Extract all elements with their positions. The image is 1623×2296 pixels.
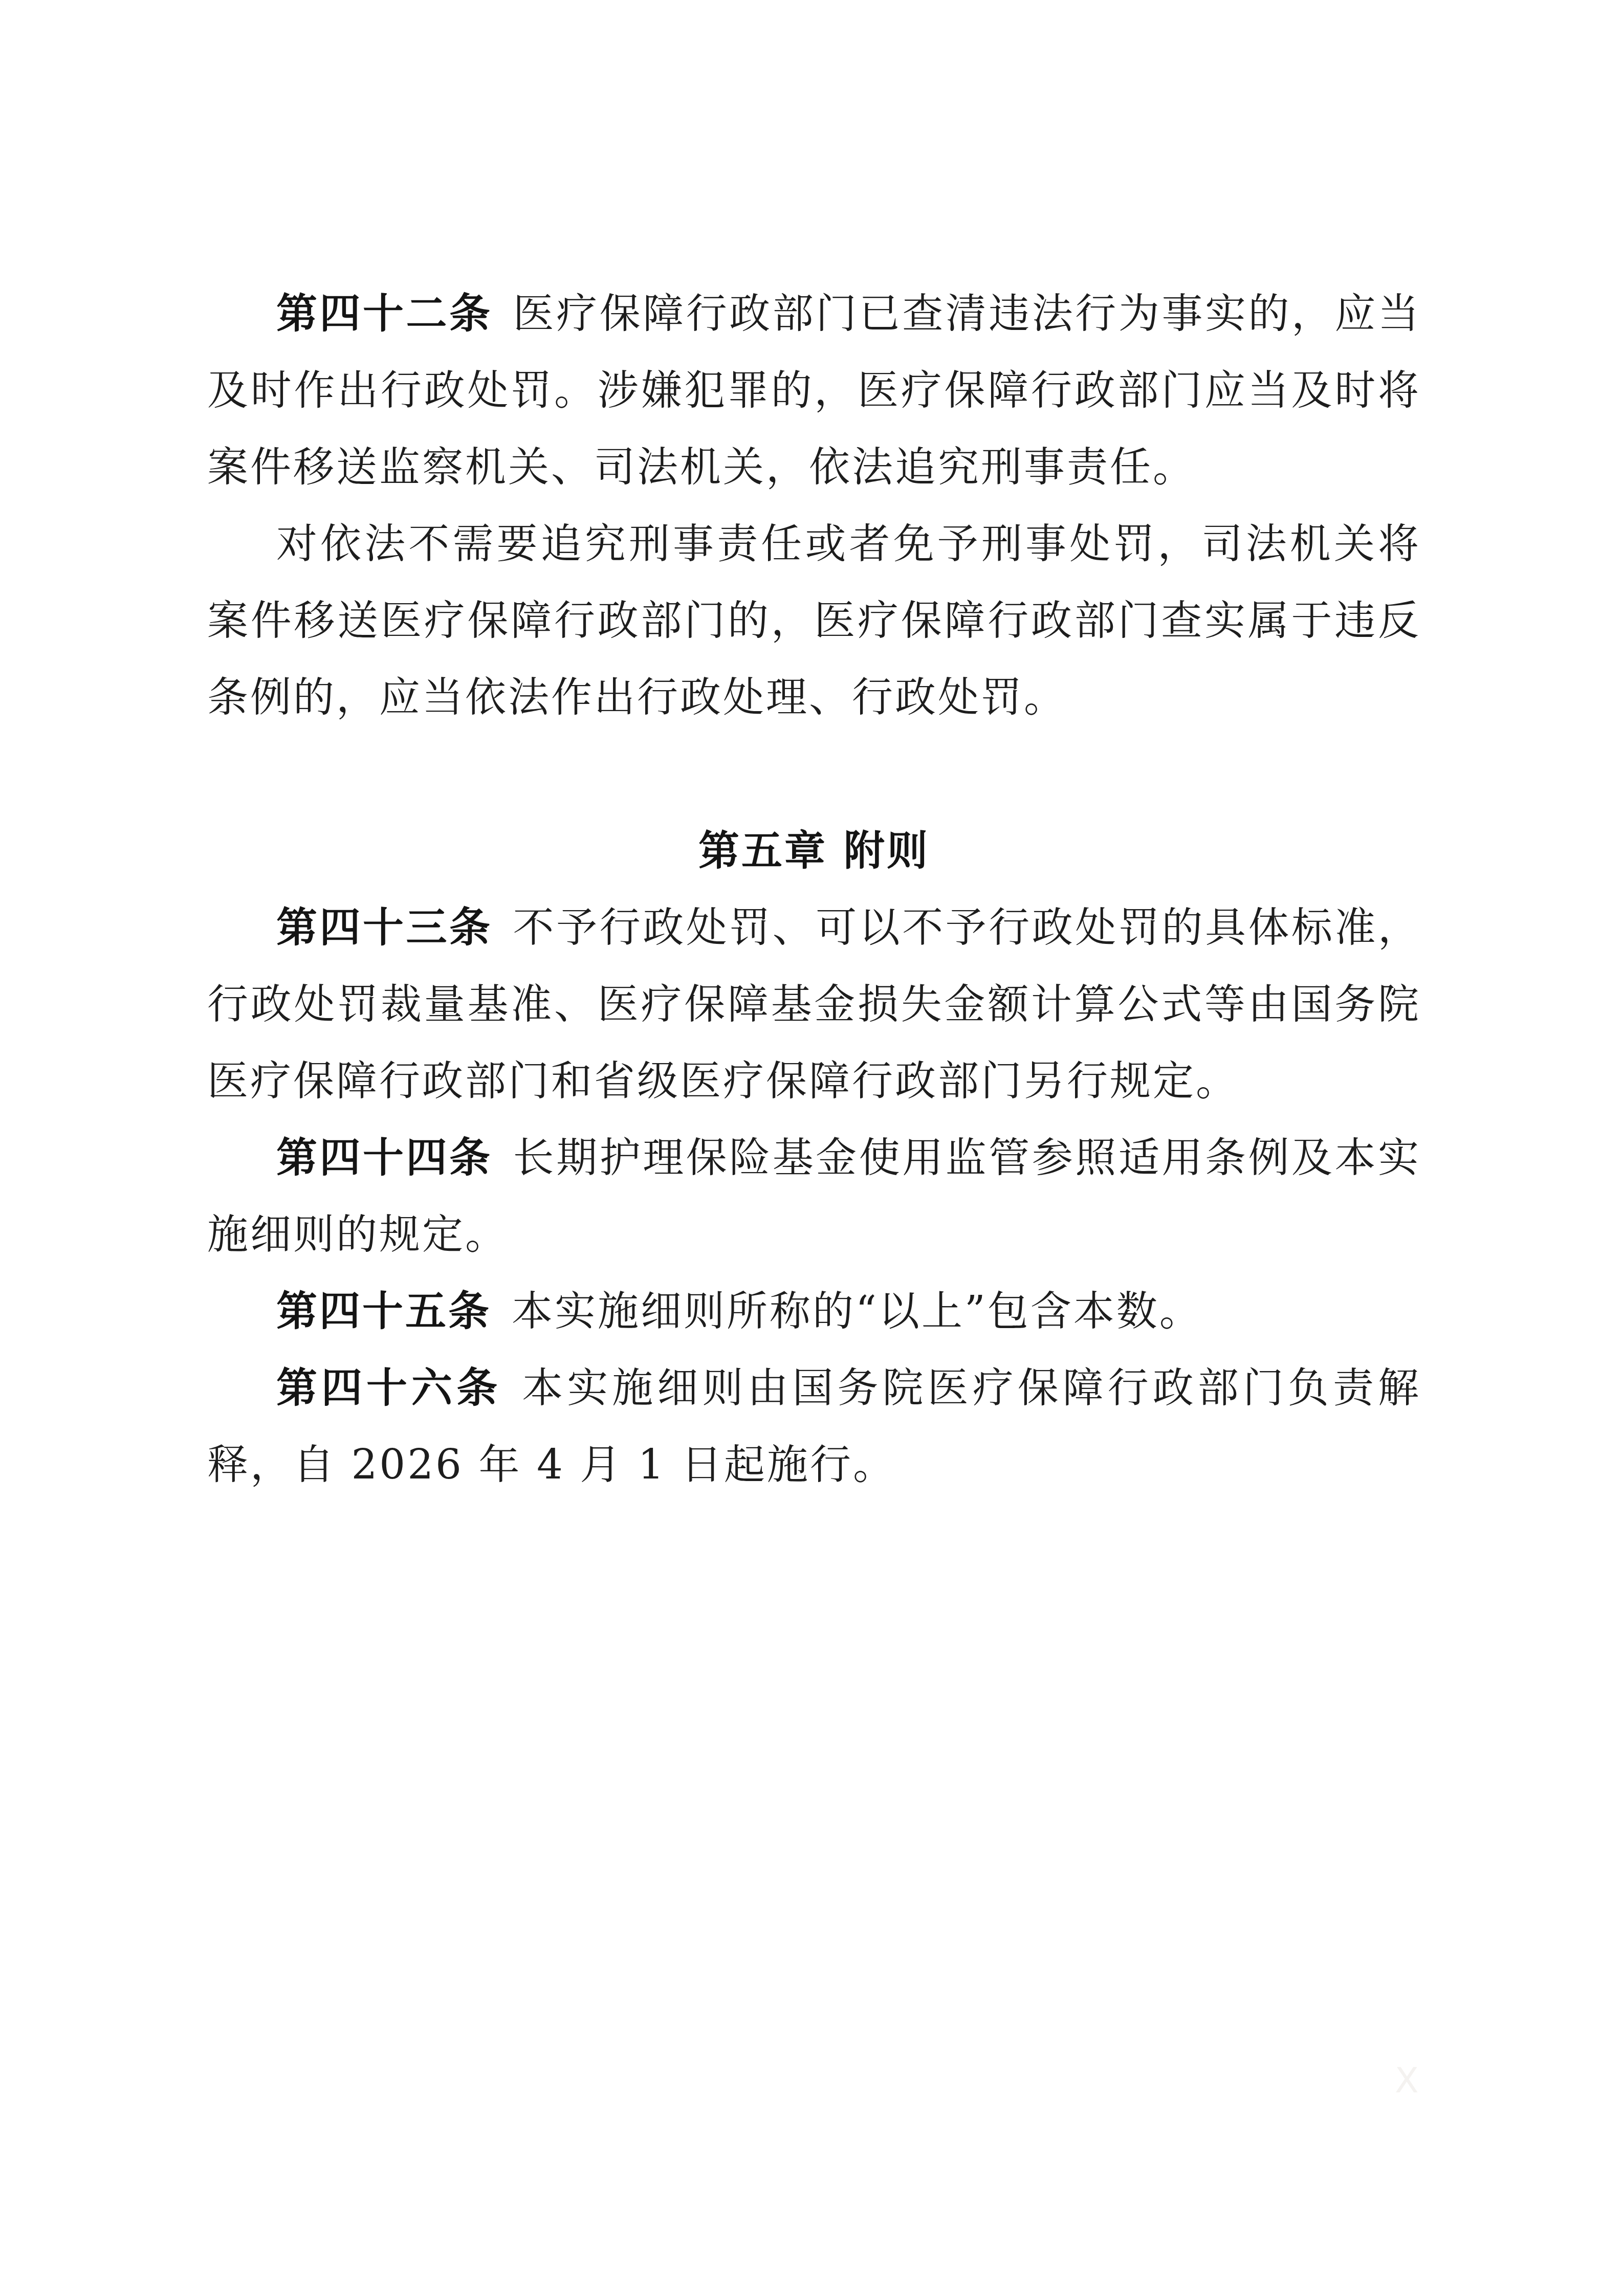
article-43-paragraph: 第四十三条不予行政处罚、可以不予行政处罚的具体标准，行政处罚裁量基准、医疗保障基… <box>207 889 1421 1119</box>
article-44-number: 第四十四条 <box>276 1134 493 1181</box>
article-45-text: 本实施细则所称的“以上”包含本数。 <box>512 1287 1202 1335</box>
document-body: 第四十二条医疗保障行政部门已查清违法行为事实的，应当及时作出行政处罚。涉嫌犯罪的… <box>207 275 1421 1503</box>
article-46-number: 第四十六条 <box>276 1364 501 1411</box>
article-45-paragraph: 第四十五条本实施细则所称的“以上”包含本数。 <box>207 1273 1421 1350</box>
article-45-number: 第四十五条 <box>276 1287 491 1335</box>
chapter-5-heading: 第五章 附则 <box>207 812 1421 889</box>
article-42-number: 第四十二条 <box>276 290 493 337</box>
article-42-paragraph: 第四十二条医疗保障行政部门已查清违法行为事实的，应当及时作出行政处罚。涉嫌犯罪的… <box>207 275 1421 505</box>
article-44-paragraph: 第四十四条长期护理保险基金使用监管参照适用条例及本实施细则的规定。 <box>207 1119 1421 1273</box>
article-43-number: 第四十三条 <box>276 903 493 951</box>
article-42-continuation-paragraph: 对依法不需要追究刑事责任或者免予刑事处罚，司法机关将案件移送医疗保障行政部门的，… <box>207 505 1421 736</box>
article-42-continuation-text: 对依法不需要追究刑事责任或者免予刑事处罚，司法机关将案件移送医疗保障行政部门的，… <box>207 520 1421 721</box>
article-46-paragraph: 第四十六条本实施细则由国务院医疗保障行政部门负责解释，自 2026 年 4 月 … <box>207 1350 1421 1503</box>
watermark-x: X <box>1395 2064 1419 2099</box>
document-page: 第四十二条医疗保障行政部门已查清违法行为事实的，应当及时作出行政处罚。涉嫌犯罪的… <box>0 0 1623 2296</box>
